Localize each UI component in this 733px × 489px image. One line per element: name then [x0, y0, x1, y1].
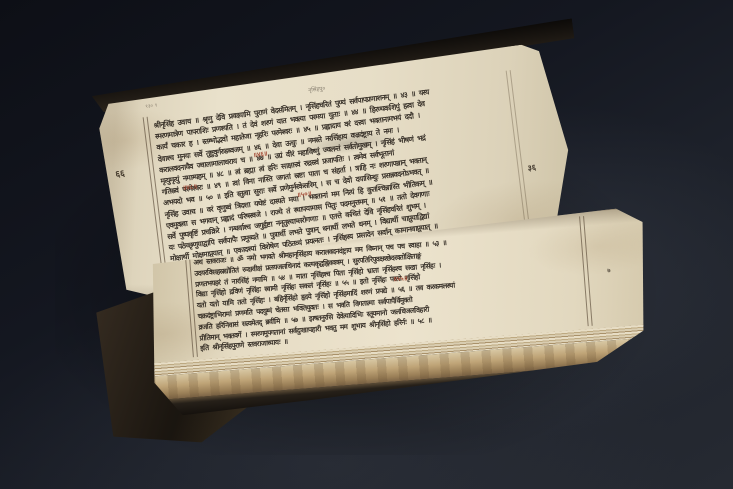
folio-number-left: ६६: [115, 166, 126, 180]
rubrication-mark: ॥४६॥: [252, 148, 268, 159]
margin-rule-right: [579, 216, 593, 326]
photo-background: १३० ९ नृसिंहपु० ६६ श्रीनृसिंह उवाच ॥ श्र…: [0, 0, 733, 489]
margin-mark: ७: [607, 266, 611, 274]
top-edge-annotation: १३० ९: [145, 103, 158, 110]
rubrication-mark: ॥४८॥: [182, 181, 198, 192]
rubrication-mark: ॥५५॥: [393, 273, 408, 283]
folio-number-right: ३६: [527, 162, 537, 174]
rubrication-mark: ॥५०॥: [296, 189, 312, 200]
running-header: नृसिंहपु०: [308, 84, 326, 94]
